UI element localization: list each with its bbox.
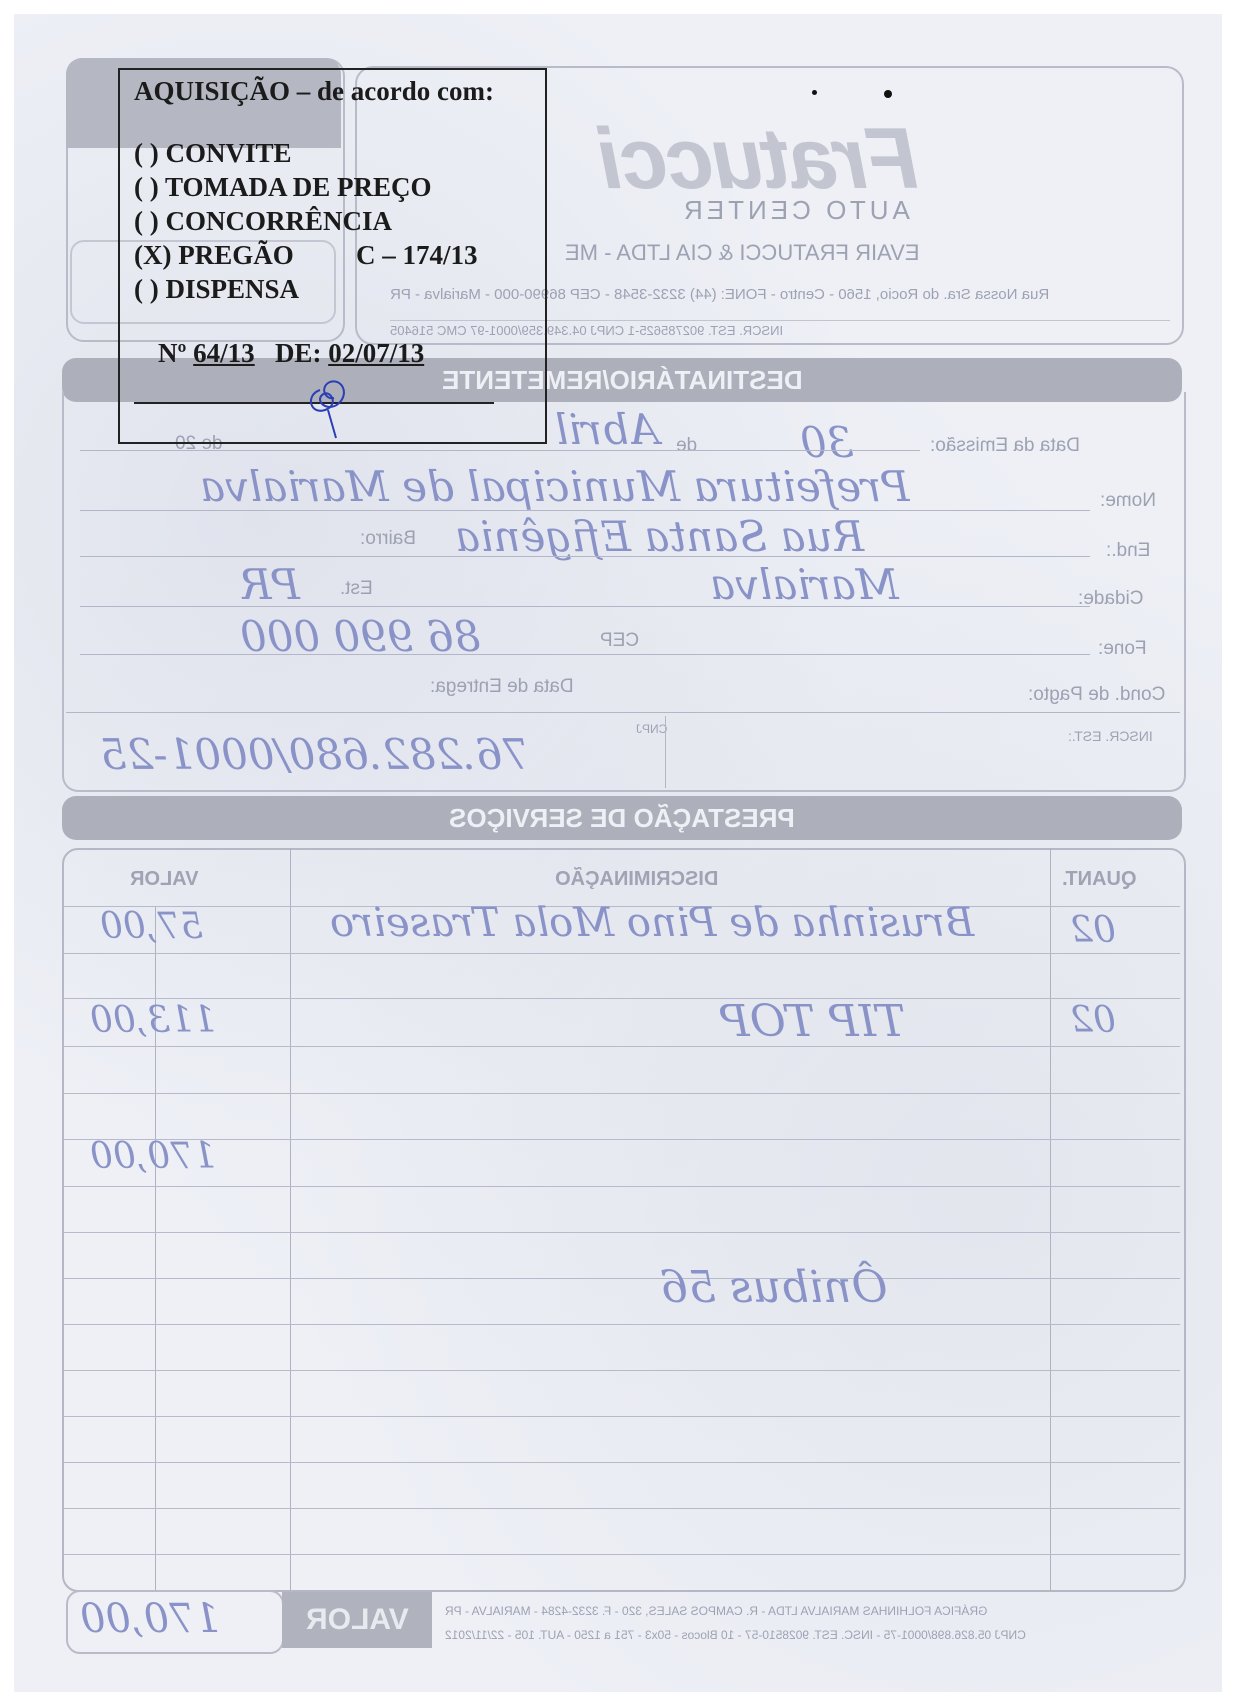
option-label: TOMADA DE PREÇO (165, 172, 432, 202)
ink-dot (812, 90, 817, 95)
row-rule (64, 1186, 1180, 1187)
cnpj-value: 76.282.680/0001-25 (100, 730, 529, 779)
name-value: Prefeitura Municipal de Marialva (200, 462, 910, 511)
number-value: 64/13 (193, 338, 255, 368)
column-header-quantity: QUANT. (1062, 868, 1136, 891)
state-label: Est. (340, 578, 373, 600)
row-rule (64, 1370, 1180, 1371)
row-rule (64, 1324, 1180, 1325)
services-section-band: PRESTAÇÃO DE SERVIÇOS (62, 796, 1182, 840)
bus-reference: Ônibus 56 (660, 1262, 888, 1313)
row-1-description: Brusinha de Pino Mola Traseiro (330, 900, 974, 946)
row-rule (64, 1093, 1180, 1094)
payment-terms-label: Cond. de Pagto: (1028, 684, 1165, 706)
stamp-title: AQUISIÇÃO – de acordo com: (134, 76, 494, 107)
row-rule (64, 1278, 1180, 1279)
row-rule (64, 1046, 1180, 1047)
emission-day-value: 30 (800, 418, 853, 467)
emission-de-label: de (676, 435, 697, 457)
option-mark: ( ) (134, 138, 159, 168)
option-mark: (X) (134, 240, 171, 270)
column-header-description: DISCRIMINAÇÃO (555, 868, 718, 891)
option-concorrencia: ( ) CONCORRÊNCIA (134, 206, 392, 237)
option-pregao: (X) PREGÃO (134, 240, 294, 271)
row-5-value: 170,00 (90, 1136, 216, 1177)
option-mark: ( ) (134, 206, 159, 236)
row-3-quantity: 02 (1070, 1000, 1116, 1041)
option-label: DISPENSA (165, 274, 299, 304)
row-rule (64, 1232, 1180, 1233)
phone-label: Fone: (1098, 638, 1147, 660)
quantity-column-divider (1050, 848, 1051, 1590)
ink-dot (884, 90, 892, 98)
phone-rule (80, 654, 1090, 655)
option-label: PREGÃO (178, 240, 294, 270)
name-label: Nome: (1100, 490, 1156, 512)
cnpj-label: CNPJ (636, 722, 667, 736)
payment-rule (66, 712, 1180, 713)
services-section-title: PRESTAÇÃO DE SERVIÇOS (449, 796, 795, 840)
address-value: Rua Santa Efigênia (455, 512, 864, 561)
printer-info-line-1: GRÁFICA FOLHINHAS MARIALVA LTDA - R. CAM… (445, 1604, 987, 1618)
option-dispensa: ( ) DISPENSA (134, 274, 299, 305)
state-value: PR (240, 560, 300, 609)
row-rule (64, 1554, 1180, 1555)
row-1-value: 57,00 (100, 906, 203, 947)
cep-label: CEP (600, 630, 639, 652)
option-label: CONVITE (165, 138, 291, 168)
date-label: DE: (275, 338, 322, 368)
row-3-value: 113,00 (90, 1000, 216, 1041)
row-rule (64, 1462, 1180, 1463)
row-rule (64, 1416, 1180, 1417)
name-rule (80, 510, 1090, 511)
option-label: CONCORRÊNCIA (165, 206, 392, 236)
company-name: EVAIR FRATUCCI & CIA LTDA - ME (565, 240, 920, 266)
neighborhood-label: Bairro: (360, 528, 416, 550)
delivery-date-label: Data de Entrega: (430, 676, 574, 698)
emission-date-label: Data da Emissão: (930, 435, 1080, 457)
emission-rule (80, 450, 920, 451)
column-header-value: VALOR (130, 868, 199, 891)
option-mark: ( ) (134, 274, 159, 304)
printer-info-line-2: CNPJ 05.826.898/0001-75 - INSC. EST. 902… (445, 1628, 1026, 1642)
services-table (62, 848, 1186, 1592)
row-rule (64, 1139, 1180, 1140)
process-code: C – 174/13 (356, 240, 478, 271)
city-rule (80, 606, 1090, 607)
option-convite: ( ) CONVITE (134, 138, 292, 169)
emission-month-value: Abril (555, 405, 659, 454)
date-value: 02/07/13 (328, 338, 424, 368)
cnpj-divider (665, 716, 666, 788)
state-registration-label: INSCR. EST.: (1068, 728, 1153, 744)
stamp-number-line: Nº 64/13 DE: 02/07/13 (158, 338, 424, 369)
number-label: Nº (158, 338, 186, 368)
row-3-description: TIP TOP (720, 996, 905, 1047)
row-rule (64, 998, 1180, 999)
company-subtitle: AUTO CENTER (680, 195, 910, 226)
address-label: End.: (1106, 540, 1150, 562)
total-label: VALOR (306, 1592, 409, 1648)
value-column-divider (290, 848, 291, 1590)
option-tomada-de-preco: ( ) TOMADA DE PREÇO (134, 172, 432, 203)
address-rule (80, 556, 1090, 557)
row-rule (64, 953, 1180, 954)
signature-initials-icon (300, 370, 370, 440)
city-value: Marialva (710, 560, 899, 609)
total-label-band: VALOR (282, 1592, 432, 1648)
option-mark: ( ) (134, 172, 159, 202)
row-rule (64, 1508, 1180, 1509)
row-1-quantity: 02 (1070, 910, 1116, 951)
total-value: 170,00 (80, 1596, 220, 1642)
